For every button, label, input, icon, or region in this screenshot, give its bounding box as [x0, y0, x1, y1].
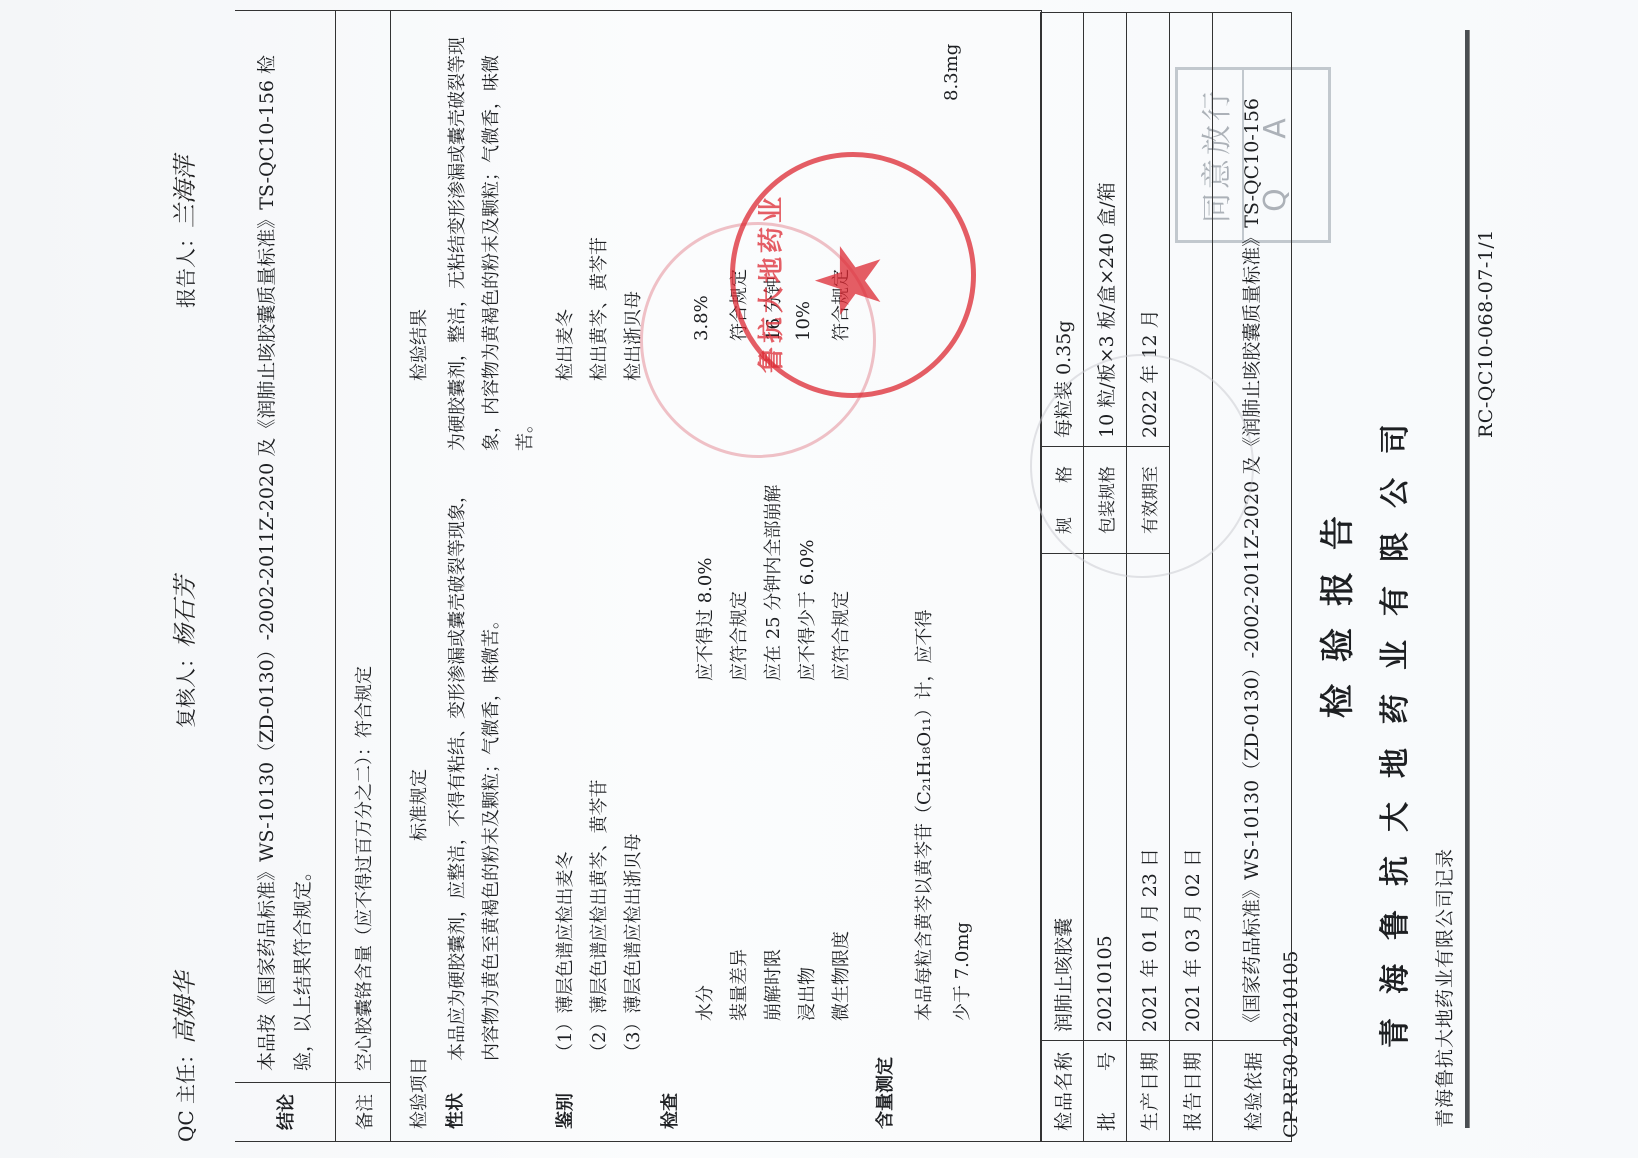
production-date: 2021 年 01 月 23 日 [1127, 554, 1170, 1041]
faint-seal-impression [1030, 354, 1254, 578]
batch-number: 20210105 [1084, 554, 1127, 1041]
inspection-report-page: 青海鲁抗大地药业有限公司记录 RC-QC10-068-07-1/1 青海鲁抗大地… [0, 0, 1638, 1158]
identification-result-2: 检出黄芩、黄芩苷 [585, 237, 611, 381]
company-name: 青海鲁抗大地药业有限公司 [1370, 400, 1414, 1048]
check-item-microbial: 微生物限度 [827, 931, 853, 1021]
report-title: 检验报告 [1310, 494, 1359, 718]
basis-label: 检验依据 [1213, 1041, 1292, 1142]
identification-standard-1: （1）薄层色谱应检出麦冬 [551, 852, 577, 1061]
check-standard-fill-weight: 应符合规定 [725, 591, 751, 681]
scanned-document: 青海鲁抗大地药业有限公司记录 RC-QC10-068-07-1/1 青海鲁抗大地… [0, 0, 1638, 1158]
appearance-result: 为硬胶囊剂，整洁，无粘结变形渗漏或囊壳破裂等现象，内容物为黄褐色的粉末及颗粒；气… [441, 21, 543, 451]
note-label: 备注 [335, 1082, 391, 1141]
note-text: 空心胶囊铬含量（应不得过百万分之二）：符合规定 [350, 666, 376, 1071]
product-info-table: 检品名称 润肺止咳胶囊 规 格 每粒装 0.35g 批 号 20210105 包… [1040, 12, 1292, 1142]
note-divider [335, 11, 336, 1083]
assay-result: 8.3mg [941, 44, 962, 101]
check-item-disintegration: 崩解时限 [759, 949, 785, 1021]
identification-result-1: 检出麦冬 [551, 309, 577, 381]
document-code: RC-QC10-068-07-1/1 [1475, 229, 1497, 438]
conclusion-text: 本品按《国家药品标准》WS-10130（ZD-0130）-2002-2011Z-… [249, 31, 321, 1071]
reviewer-signature: 复核人：杨石芳 [165, 576, 200, 728]
reporter-label: 报告人： [174, 228, 198, 308]
reviewer-sign: 杨石芳 [171, 576, 199, 648]
header-rule [1465, 30, 1470, 1128]
report-date-label: 报告日期 [1170, 1041, 1213, 1142]
identification-standard-2: （2）薄层色谱应检出黄芩、黄芩苷 [585, 780, 611, 1061]
col-header-standard: 标准规定 [405, 769, 431, 841]
section-label-identification: 鉴别 [551, 1093, 577, 1129]
reporter-signature: 报告人：兰海萍 [165, 156, 200, 308]
identification-standard-3: （3）薄层色谱应检出浙贝母 [619, 834, 645, 1061]
qc-director-label: QC 主任： [174, 1044, 198, 1142]
conclusion-label: 结论 [235, 1082, 335, 1141]
qc-director-signature: QC 主任：高姆华 [165, 972, 200, 1142]
conclusion-section: 结论 本品按《国家药品标准》WS-10130（ZD-0130）-2002-201… [235, 10, 391, 1142]
reporter-sign: 兰海萍 [171, 156, 199, 228]
record-header: 青海鲁抗大地药业有限公司记录 [1430, 848, 1457, 1128]
check-item-moisture: 水分 [691, 985, 717, 1021]
assay-standard: 本品每粒含黄芩以黄芩苷（C₂₁H₁₈O₁₁）计，应不得少于 7.0mg [906, 601, 982, 1021]
check-standard-disintegration: 应在 25 分钟内全部崩解 [759, 485, 785, 681]
results-section: 检验项目 标准规定 检验结果 性状 本品应为硬胶囊剂，应整洁，不得有粘结、变形渗… [390, 10, 1042, 1142]
check-standard-extract: 应不得少于 6.0% [793, 540, 819, 681]
company-seal: 鲁抗大地药业 ★ [730, 152, 976, 398]
check-item-fill-weight: 装量差异 [725, 949, 751, 1021]
check-standard-microbial: 应符合规定 [827, 591, 853, 681]
section-label-appearance: 性状 [441, 1093, 467, 1129]
section-label-assay: 含量测定 [871, 1057, 897, 1129]
seal-star-icon: ★ [805, 240, 895, 321]
production-date-label: 生产日期 [1127, 1041, 1170, 1142]
appearance-standard: 本品应为硬胶囊剂，应整洁，不得有粘结、变形渗漏或囊壳破裂等现象，内容物为黄色至黄… [441, 471, 509, 1061]
check-standard-moisture: 应不得过 8.0% [691, 558, 717, 681]
section-label-inspection: 检查 [656, 1093, 682, 1129]
col-header-item: 检验项目 [405, 1057, 431, 1129]
product-name-label: 检品名称 [1041, 1041, 1084, 1142]
company-seal-text: 鲁抗大地药业 [751, 193, 788, 373]
col-header-result: 检验结果 [405, 309, 431, 381]
qc-director-sign: 高姆华 [171, 972, 199, 1044]
product-name: 润肺止咳胶囊 [1041, 554, 1084, 1041]
reviewer-label: 复核人： [174, 648, 198, 728]
batch-label: 批 号 [1084, 1041, 1127, 1142]
check-item-extract: 浸出物 [793, 967, 819, 1021]
